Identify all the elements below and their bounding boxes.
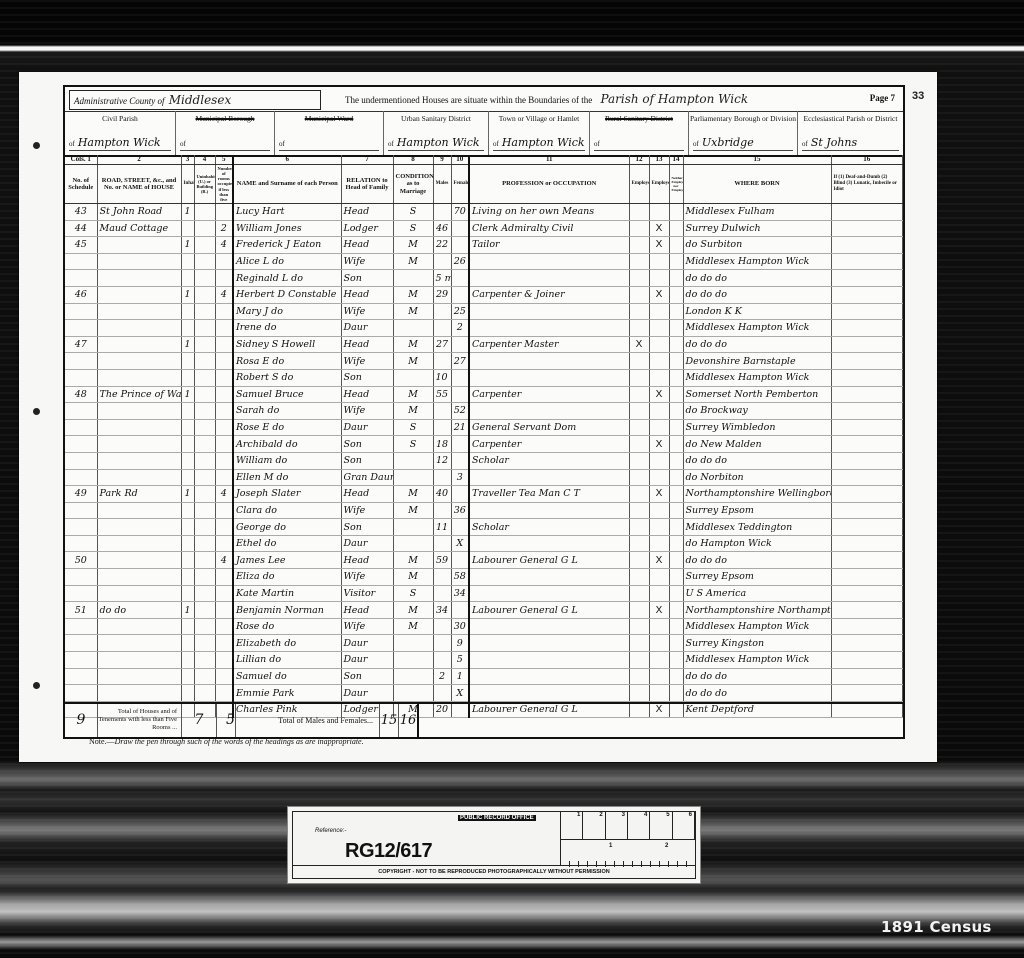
employer <box>629 303 649 320</box>
condition <box>393 469 433 486</box>
uninhabited <box>194 403 215 420</box>
person-name: Elizabeth do <box>233 635 341 652</box>
employed: X <box>649 386 669 403</box>
where-born: Middlesex Fulham <box>683 204 831 221</box>
relation: Lodger <box>341 220 393 237</box>
age-female: 1 <box>451 668 469 685</box>
schedule-number <box>65 685 97 702</box>
person-name: Frederick J Eaton <box>233 237 341 254</box>
relation: Wife <box>341 618 393 635</box>
employer <box>629 535 649 552</box>
punch-hole <box>33 682 40 689</box>
employer <box>629 220 649 237</box>
employed: X <box>649 220 669 237</box>
rooms <box>215 386 233 403</box>
uninhabited <box>194 552 215 569</box>
inhabited <box>181 320 194 337</box>
neither <box>669 618 683 635</box>
relation: Visitor <box>341 585 393 602</box>
employed <box>649 469 669 486</box>
area-row: Civil ParishofHampton Wick Municipal Bor… <box>65 111 903 157</box>
condition <box>393 369 433 386</box>
where-born: Surrey Epsom <box>683 569 831 586</box>
condition: M <box>393 253 433 270</box>
age-female <box>451 436 469 453</box>
age-male <box>433 502 451 519</box>
header-employed: Employed <box>649 165 669 204</box>
table-row: Emmie ParkDaurXdo do do <box>65 685 903 702</box>
employed: X <box>649 436 669 453</box>
infirmity <box>831 535 903 552</box>
inhabited <box>181 369 194 386</box>
column-numbers: Cols. 12345 678910 111213141516 <box>65 155 903 165</box>
uninhabited <box>194 585 215 602</box>
age-female: 2 <box>451 320 469 337</box>
person-name: Samuel Bruce <box>233 386 341 403</box>
schedule-number <box>65 585 97 602</box>
total-schedules: 9 <box>65 704 98 737</box>
age-male <box>433 652 451 669</box>
person-name: Benjamin Norman <box>233 602 341 619</box>
table-row: George doSon11ScholarMiddlesex Teddingto… <box>65 519 903 536</box>
relation: Son <box>341 369 393 386</box>
address: Maud Cottage <box>97 220 181 237</box>
employer <box>629 502 649 519</box>
age-female <box>451 602 469 619</box>
uninhabited <box>194 336 215 353</box>
infirmity <box>831 419 903 436</box>
table-row: 48The Prince of Wales1Samuel BruceHeadM5… <box>65 386 903 403</box>
where-born: do Hampton Wick <box>683 535 831 552</box>
table-row: Rose E doDaurS21General Servant DomSurre… <box>65 419 903 436</box>
schedule-number: 46 <box>65 286 97 303</box>
infirmity <box>831 320 903 337</box>
inhabited <box>181 353 194 370</box>
uninhabited <box>194 535 215 552</box>
person-name: Irene do <box>233 320 341 337</box>
condition: M <box>393 286 433 303</box>
employer <box>629 486 649 503</box>
occupation <box>469 253 629 270</box>
occupation <box>469 685 629 702</box>
schedule-number: 51 <box>65 602 97 619</box>
table-row: Archibald doSonS18CarpenterXdo New Malde… <box>65 436 903 453</box>
infirmity <box>831 403 903 420</box>
uninhabited <box>194 386 215 403</box>
age-female: 25 <box>451 303 469 320</box>
age-female <box>451 452 469 469</box>
inhabited <box>181 569 194 586</box>
employed: X <box>649 286 669 303</box>
occupation <box>469 652 629 669</box>
reference-code: RG12/617 <box>345 840 432 863</box>
where-born: Surrey Wimbledon <box>683 419 831 436</box>
employed <box>649 336 669 353</box>
employer <box>629 552 649 569</box>
table-row: Samuel doSon21do do do <box>65 668 903 685</box>
address <box>97 535 181 552</box>
boundaries-line: The undermentioned Houses are situate wi… <box>345 92 748 106</box>
address <box>97 419 181 436</box>
schedule-number: 49 <box>65 486 97 503</box>
rooms: 4 <box>215 286 233 303</box>
uninhabited <box>194 286 215 303</box>
total-inhabited: 7 <box>182 704 217 737</box>
table-row: 43St John Road1Lucy HartHeadS70Living on… <box>65 204 903 221</box>
header-address: ROAD, STREET, &c., and No. or NAME of HO… <box>97 165 181 204</box>
inhabited <box>181 668 194 685</box>
page-number: Page 7 <box>870 93 895 103</box>
relation: Daur <box>341 652 393 669</box>
employer <box>629 253 649 270</box>
address <box>97 652 181 669</box>
condition: M <box>393 353 433 370</box>
employer <box>629 519 649 536</box>
neither <box>669 635 683 652</box>
schedule-number <box>65 353 97 370</box>
age-male <box>433 469 451 486</box>
where-born: do Norbiton <box>683 469 831 486</box>
where-born: Middlesex Teddington <box>683 519 831 536</box>
punch-hole <box>33 408 40 415</box>
person-name: Joseph Slater <box>233 486 341 503</box>
employed <box>649 403 669 420</box>
rooms <box>215 403 233 420</box>
rooms <box>215 519 233 536</box>
condition: S <box>393 585 433 602</box>
employer <box>629 585 649 602</box>
employed: X <box>649 602 669 619</box>
person-name: Sidney S Howell <box>233 336 341 353</box>
uninhabited <box>194 237 215 254</box>
address <box>97 585 181 602</box>
person-name: George do <box>233 519 341 536</box>
uninhabited <box>194 569 215 586</box>
infirmity <box>831 237 903 254</box>
condition: M <box>393 336 433 353</box>
inhabited <box>181 403 194 420</box>
infirmity <box>831 569 903 586</box>
age-male <box>433 618 451 635</box>
occupation: Clerk Admiralty Civil <box>469 220 629 237</box>
rooms <box>215 602 233 619</box>
infirmity <box>831 204 903 221</box>
age-female <box>451 220 469 237</box>
occupation <box>469 303 629 320</box>
table-row: Reginald L doSon5 modo do do <box>65 270 903 287</box>
where-born: do Brockway <box>683 403 831 420</box>
neither <box>669 419 683 436</box>
neither <box>669 486 683 503</box>
infirmity <box>831 602 903 619</box>
census-form: Administrative County of Middlesex The u… <box>63 85 905 739</box>
occupation <box>469 320 629 337</box>
uninhabited <box>194 204 215 221</box>
schedule-number <box>65 369 97 386</box>
header-where-born: WHERE BORN <box>683 165 831 204</box>
infirmity <box>831 253 903 270</box>
table-row: Alice L doWifeM26Middlesex Hampton Wick <box>65 253 903 270</box>
where-born: do do do <box>683 270 831 287</box>
condition: M <box>393 486 433 503</box>
schedule-number <box>65 419 97 436</box>
occupation <box>469 569 629 586</box>
rooms <box>215 585 233 602</box>
person-name: Rose do <box>233 618 341 635</box>
public-record-office: PUBLIC RECORD OFFICE <box>458 815 536 821</box>
person-name: Rosa E do <box>233 353 341 370</box>
header-neither: Neither Employer nor Employed <box>669 165 683 204</box>
relation: Head <box>341 204 393 221</box>
condition: M <box>393 403 433 420</box>
person-name: Sarah do <box>233 403 341 420</box>
address <box>97 403 181 420</box>
neither <box>669 469 683 486</box>
occupation <box>469 369 629 386</box>
person-name: Alice L do <box>233 253 341 270</box>
address <box>97 668 181 685</box>
address <box>97 452 181 469</box>
address <box>97 519 181 536</box>
infirmity <box>831 353 903 370</box>
address <box>97 685 181 702</box>
employed: X <box>649 486 669 503</box>
where-born: Surrey Dulwich <box>683 220 831 237</box>
occupation <box>469 668 629 685</box>
employed <box>649 635 669 652</box>
where-born: Surrey Epsom <box>683 502 831 519</box>
occupation: Carpenter <box>469 386 629 403</box>
rooms <box>215 320 233 337</box>
table-row: Robert S doSon10 moMiddlesex Hampton Wic… <box>65 369 903 386</box>
inhabited <box>181 652 194 669</box>
where-born: do do do <box>683 286 831 303</box>
relation: Head <box>341 386 393 403</box>
address <box>97 369 181 386</box>
neither <box>669 237 683 254</box>
employed <box>649 419 669 436</box>
employed <box>649 204 669 221</box>
table-row: 51do do1Benjamin NormanHeadM34Labourer G… <box>65 602 903 619</box>
header-inhabited: Inhabited <box>181 165 194 204</box>
occupation <box>469 469 629 486</box>
employed <box>649 668 669 685</box>
age-female: X <box>451 685 469 702</box>
condition <box>393 519 433 536</box>
employer <box>629 320 649 337</box>
employer <box>629 569 649 586</box>
header-occupation: PROFESSION or OCCUPATION <box>469 165 629 204</box>
employed <box>649 685 669 702</box>
relation: Head <box>341 552 393 569</box>
table-row: 4614Herbert D ConstableHeadM29Carpenter … <box>65 286 903 303</box>
occupation: Carpenter <box>469 436 629 453</box>
address <box>97 502 181 519</box>
age-female: 26 <box>451 253 469 270</box>
occupation: Labourer General G L <box>469 602 629 619</box>
where-born: Surrey Kingston <box>683 635 831 652</box>
person-name: Lillian do <box>233 652 341 669</box>
table-row: Lillian doDaur5Middlesex Hampton Wick <box>65 652 903 669</box>
employer <box>629 270 649 287</box>
address <box>97 635 181 652</box>
table-row: Rosa E doWifeM27Devonshire Barnstaple <box>65 353 903 370</box>
relation: Head <box>341 286 393 303</box>
condition <box>393 685 433 702</box>
uninhabited <box>194 685 215 702</box>
employer <box>629 204 649 221</box>
inhabited: 1 <box>181 336 194 353</box>
rooms: 4 <box>215 486 233 503</box>
inhabited <box>181 552 194 569</box>
header-age-females: Females <box>451 165 469 204</box>
address <box>97 253 181 270</box>
where-born: do do do <box>683 685 831 702</box>
boundaries-value: Parish of Hampton Wick <box>600 92 748 106</box>
age-female: 27 <box>451 353 469 370</box>
condition: M <box>393 237 433 254</box>
rooms <box>215 419 233 436</box>
rooms <box>215 204 233 221</box>
age-female <box>451 237 469 254</box>
neither <box>669 652 683 669</box>
schedule-number <box>65 270 97 287</box>
total-males-females-label: 5Total of Males and Females... <box>236 704 380 737</box>
occupation <box>469 502 629 519</box>
infirmity <box>831 369 903 386</box>
uninhabited <box>194 652 215 669</box>
header-schedule: No. of Schedule <box>65 165 97 204</box>
census-sheet: 33 Administrative County of Middlesex Th… <box>19 72 937 762</box>
person-name: Ellen M do <box>233 469 341 486</box>
rooms <box>215 436 233 453</box>
relation: Wife <box>341 303 393 320</box>
occupation <box>469 403 629 420</box>
person-name: Ethel do <box>233 535 341 552</box>
relation: Daur <box>341 535 393 552</box>
inhabited <box>181 469 194 486</box>
infirmity <box>831 270 903 287</box>
where-born: London K K <box>683 303 831 320</box>
inhabited: 1 <box>181 237 194 254</box>
address <box>97 336 181 353</box>
address: do do <box>97 602 181 619</box>
schedule-number <box>65 535 97 552</box>
age-male: 10 mo <box>433 369 451 386</box>
header-uninhabited: Uninhabited (U.) or Building (B.) <box>194 165 215 204</box>
person-name: Kate Martin <box>233 585 341 602</box>
header-age-males: Males <box>433 165 451 204</box>
condition: M <box>393 602 433 619</box>
uninhabited <box>194 502 215 519</box>
rooms <box>215 452 233 469</box>
condition <box>393 452 433 469</box>
where-born: do do do <box>683 668 831 685</box>
employed <box>649 452 669 469</box>
age-female: 30 <box>451 618 469 635</box>
age-male: 34 <box>433 602 451 619</box>
infirmity <box>831 303 903 320</box>
employed: X <box>649 552 669 569</box>
condition: M <box>393 552 433 569</box>
employer <box>629 635 649 652</box>
neither <box>669 270 683 287</box>
age-female <box>451 369 469 386</box>
occupation <box>469 635 629 652</box>
rooms <box>215 353 233 370</box>
age-female <box>451 486 469 503</box>
schedule-number <box>65 635 97 652</box>
punch-hole <box>33 142 40 149</box>
column-headers: No. of Schedule ROAD, STREET, &c., and N… <box>65 165 903 204</box>
infirmity <box>831 618 903 635</box>
infirmity <box>831 436 903 453</box>
infirmity <box>831 286 903 303</box>
where-born: Somerset North Pemberton <box>683 386 831 403</box>
area-rural-sanitary-district: Rural Sanitary Districtof <box>590 111 689 155</box>
uninhabited <box>194 369 215 386</box>
employed <box>649 652 669 669</box>
employer <box>629 469 649 486</box>
employer <box>629 386 649 403</box>
occupation <box>469 585 629 602</box>
infirmity <box>831 469 903 486</box>
admin-county-label: Administrative County of <box>74 96 165 106</box>
rooms <box>215 469 233 486</box>
relation: Daur <box>341 685 393 702</box>
uninhabited <box>194 469 215 486</box>
inhabited <box>181 618 194 635</box>
inhabited: 1 <box>181 486 194 503</box>
uninhabited <box>194 320 215 337</box>
rooms: 2 <box>215 220 233 237</box>
address <box>97 286 181 303</box>
rooms <box>215 668 233 685</box>
table-row: 504James LeeHeadM59Labourer General G LX… <box>65 552 903 569</box>
neither <box>669 204 683 221</box>
age-male <box>433 204 451 221</box>
inhabited: 1 <box>181 602 194 619</box>
person-name: William do <box>233 452 341 469</box>
uninhabited <box>194 635 215 652</box>
employer <box>629 286 649 303</box>
relation: Head <box>341 486 393 503</box>
infirmity <box>831 519 903 536</box>
area-urban-sanitary-district: Urban Sanitary DistrictofHampton Wick <box>384 111 489 155</box>
uninhabited <box>194 486 215 503</box>
age-female <box>451 386 469 403</box>
employer <box>629 403 649 420</box>
header-employer: Employer <box>629 165 649 204</box>
neither <box>669 436 683 453</box>
rooms <box>215 618 233 635</box>
person-name: Robert S do <box>233 369 341 386</box>
where-born: Northamptonshire Wellingborough <box>683 486 831 503</box>
relation: Wife <box>341 353 393 370</box>
inhabited <box>181 535 194 552</box>
infirmity <box>831 502 903 519</box>
occupation: Traveller Tea Man C T <box>469 486 629 503</box>
inhabited: 1 <box>181 286 194 303</box>
where-born: Middlesex Hampton Wick <box>683 618 831 635</box>
condition: S <box>393 204 433 221</box>
uninhabited <box>194 253 215 270</box>
rooms <box>215 369 233 386</box>
age-male: 59 <box>433 552 451 569</box>
address <box>97 436 181 453</box>
address <box>97 469 181 486</box>
employer <box>629 369 649 386</box>
